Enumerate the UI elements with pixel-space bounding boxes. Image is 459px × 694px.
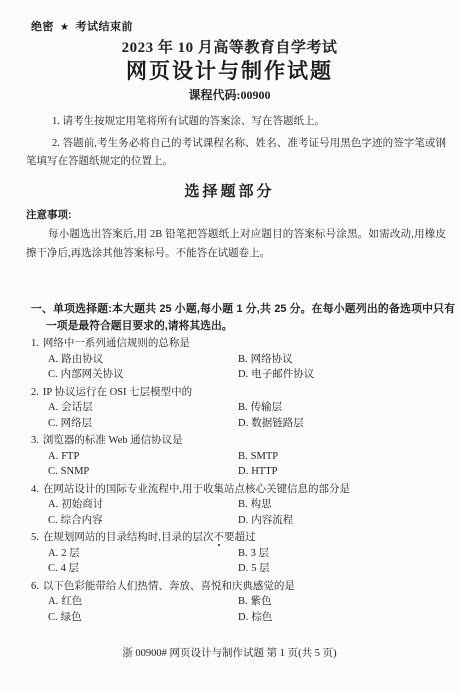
option-label: A. xyxy=(48,499,58,510)
option-c: C.网络层 xyxy=(48,416,238,432)
option-label: C. xyxy=(48,466,58,477)
question-5: 5.在规划网站的目录结构时,目录的层次不要超过 A.2 层 B.3 层 C.4 … xyxy=(31,530,446,577)
question-options: A.会话层 B.传输层 C.网络层 D.数据链路层 xyxy=(31,400,446,431)
option-d: D.电子邮件协议 xyxy=(238,367,446,383)
option-c: C.SNMP xyxy=(48,464,238,480)
option-label: B. xyxy=(238,402,248,413)
option-text: SNMP xyxy=(61,466,90,477)
option-label: B. xyxy=(238,354,248,365)
option-b: B.网络协议 xyxy=(238,352,446,368)
option-text: 绿色 xyxy=(61,612,82,623)
question-number: 3. xyxy=(31,435,39,446)
notice-block: 注意事项: 每小题选出答案后,用 2B 铅笔把答题纸上对应题目的答案标号涂黑。如… xyxy=(26,206,446,263)
option-text: 网络协议 xyxy=(251,354,293,365)
question-2: 2.IP 协议运行在 OSI 七层模型中的 A.会话层 B.传输层 C.网络层 … xyxy=(31,385,446,432)
option-text: 棕色 xyxy=(251,612,272,623)
question-number: 4. xyxy=(31,484,39,495)
option-label: B. xyxy=(238,548,248,559)
stem-emphasized-char: 不 xyxy=(214,532,225,543)
option-text: 5 层 xyxy=(251,563,269,574)
option-text: 3 层 xyxy=(251,548,269,559)
option-c: C.4 层 xyxy=(48,561,238,577)
question-stem: 5.在规划网站的目录结构时,目录的层次不要超过 xyxy=(31,530,446,546)
option-label: D. xyxy=(238,563,248,574)
option-label: A. xyxy=(48,402,58,413)
option-text: 初始商讨 xyxy=(61,499,103,510)
question-options: A.2 层 B.3 层 C.4 层 D.5 层 xyxy=(31,546,446,577)
option-d: D.5 层 xyxy=(238,561,446,577)
option-b: B.构思 xyxy=(238,497,446,513)
option-text: 4 层 xyxy=(61,563,79,574)
option-label: B. xyxy=(238,451,248,462)
option-text: 红色 xyxy=(61,596,82,607)
option-b: B.传输层 xyxy=(238,400,446,416)
question-number: 6. xyxy=(31,581,39,592)
question-options: A.初始商讨 B.构思 C.综合内容 D.内容流程 xyxy=(31,497,446,528)
stem-part-2: 要超过 xyxy=(224,532,256,543)
option-text: 综合内容 xyxy=(61,515,103,526)
classification-level: 绝密 xyxy=(31,21,54,33)
option-c: C.内部网关协议 xyxy=(48,367,238,383)
option-text: 内部网关协议 xyxy=(61,369,124,380)
option-text: SMTP xyxy=(251,451,278,462)
question-number: 1. xyxy=(31,338,39,349)
option-a: A.红色 xyxy=(48,594,238,610)
page-footer: 浙 00900# 网页设计与制作试题 第 1 页(共 5 页) xyxy=(0,645,459,660)
question-3: 3.浏览器的标准 Web 通信协议是 A.FTP B.SMTP C.SNMP D… xyxy=(31,433,446,480)
option-text: 传输层 xyxy=(251,402,283,413)
option-label: B. xyxy=(238,499,248,510)
option-label: D. xyxy=(238,515,248,526)
option-label: A. xyxy=(48,451,58,462)
question-options: A.红色 B.紫色 C.绿色 D.棕色 xyxy=(31,594,446,625)
section-heading: 选择题部分 xyxy=(0,180,459,201)
option-a: A.2 层 xyxy=(48,546,238,562)
question-stem: 2.IP 协议运行在 OSI 七层模型中的 xyxy=(31,385,446,401)
stem-part-1: 在规划网站的目录结构时,目录的层次 xyxy=(43,532,214,543)
option-text: 电子邮件协议 xyxy=(251,369,314,380)
notice-label: 注意事项: xyxy=(26,206,446,225)
option-label: C. xyxy=(48,369,58,380)
question-options: A.FTP B.SMTP C.SNMP D.HTTP xyxy=(31,449,446,480)
option-text: HTTP xyxy=(251,466,277,477)
question-text: 在网站设计的国际专业流程中,用于收集站点核心关键信息的部分是 xyxy=(43,484,350,495)
option-a: A.路由协议 xyxy=(48,352,238,368)
instructions-block: 1. 请考生按规定用笔将所有试题的答案涂、写在答题纸上。 2. 答题前,考生务必… xyxy=(26,113,446,175)
question-number: 5. xyxy=(31,532,39,543)
option-text: 网络层 xyxy=(61,418,93,429)
option-label: B. xyxy=(238,596,248,607)
option-d: D.数据链路层 xyxy=(238,416,446,432)
paper-title: 网页设计与制作试题 xyxy=(0,55,459,85)
option-label: D. xyxy=(238,369,248,380)
option-text: 路由协议 xyxy=(61,354,103,365)
option-text: 构思 xyxy=(251,499,272,510)
option-label: C. xyxy=(48,515,58,526)
option-text: 内容流程 xyxy=(251,515,293,526)
option-c: C.综合内容 xyxy=(48,513,238,529)
question-1: 1.网络中一系列通信规则的总称是 A.路由协议 B.网络协议 C.内部网关协议 … xyxy=(31,336,446,383)
instruction-item-1: 1. 请考生按规定用笔将所有试题的答案涂、写在答题纸上。 xyxy=(26,113,446,131)
exam-timing: 考试结束前 xyxy=(75,21,133,33)
option-label: D. xyxy=(238,466,248,477)
question-options: A.路由协议 B.网络协议 C.内部网关协议 D.电子邮件协议 xyxy=(31,352,446,383)
question-text: 在规划网站的目录结构时,目录的层次不要超过 xyxy=(43,532,256,543)
question-4: 4.在网站设计的国际专业流程中,用于收集站点核心关键信息的部分是 A.初始商讨 … xyxy=(31,482,446,529)
question-text: IP 协议运行在 OSI 七层模型中的 xyxy=(43,387,192,398)
option-d: D.内容流程 xyxy=(238,513,446,529)
option-label: A. xyxy=(48,596,58,607)
question-text: 以下色彩能带给人们热情、奔放、喜悦和庆典感觉的是 xyxy=(43,581,295,592)
option-label: C. xyxy=(48,418,58,429)
notice-text: 每小题选出答案后,用 2B 铅笔把答题纸上对应题目的答案标号涂黑。如需改动,用橡… xyxy=(26,225,446,263)
option-a: A.FTP xyxy=(48,449,238,465)
option-d: D.HTTP xyxy=(238,464,446,480)
question-list: 1.网络中一系列通信规则的总称是 A.路由协议 B.网络协议 C.内部网关协议 … xyxy=(31,336,446,627)
exam-session-title: 2023 年 10 月高等教育自学考试 xyxy=(0,36,459,57)
classification-line: 绝密★考试结束前 xyxy=(31,18,133,34)
option-text: 2 层 xyxy=(61,548,79,559)
option-text: 会话层 xyxy=(61,402,93,413)
part-one-heading: 一、单项选择题:本大题共 25 小题,每小题 1 分,共 25 分。在每小题列出… xyxy=(31,301,455,335)
option-b: B.紫色 xyxy=(238,594,446,610)
question-text: 浏览器的标准 Web 通信协议是 xyxy=(43,435,183,446)
instruction-item-2: 2. 答题前,考生务必将自己的考试课程名称、姓名、准考证号用黑色字迹的签字笔或钢… xyxy=(26,135,446,171)
option-label: A. xyxy=(48,548,58,559)
option-b: B.SMTP xyxy=(238,449,446,465)
option-label: C. xyxy=(48,563,58,574)
question-6: 6.以下色彩能带给人们热情、奔放、喜悦和庆典感觉的是 A.红色 B.紫色 C.绿… xyxy=(31,579,446,626)
option-b: B.3 层 xyxy=(238,546,446,562)
exam-paper-page: 绝密★考试结束前 2023 年 10 月高等教育自学考试 网页设计与制作试题 课… xyxy=(0,0,459,694)
option-label: A. xyxy=(48,354,58,365)
question-stem: 1.网络中一系列通信规则的总称是 xyxy=(31,336,446,352)
option-label: D. xyxy=(238,612,248,623)
option-text: 紫色 xyxy=(251,596,272,607)
course-code: 课程代码:00900 xyxy=(0,86,459,103)
option-label: C. xyxy=(48,612,58,623)
option-a: A.初始商讨 xyxy=(48,497,238,513)
question-stem: 6.以下色彩能带给人们热情、奔放、喜悦和庆典感觉的是 xyxy=(31,579,446,595)
star-icon: ★ xyxy=(60,22,69,33)
question-stem: 4.在网站设计的国际专业流程中,用于收集站点核心关键信息的部分是 xyxy=(31,482,446,498)
option-a: A.会话层 xyxy=(48,400,238,416)
question-stem: 3.浏览器的标准 Web 通信协议是 xyxy=(31,433,446,449)
option-label: D. xyxy=(238,418,248,429)
option-d: D.棕色 xyxy=(238,610,446,626)
option-c: C.绿色 xyxy=(48,610,238,626)
option-text: FTP xyxy=(61,451,79,462)
option-text: 数据链路层 xyxy=(251,418,304,429)
question-text: 网络中一系列通信规则的总称是 xyxy=(43,338,190,349)
question-number: 2. xyxy=(31,387,39,398)
